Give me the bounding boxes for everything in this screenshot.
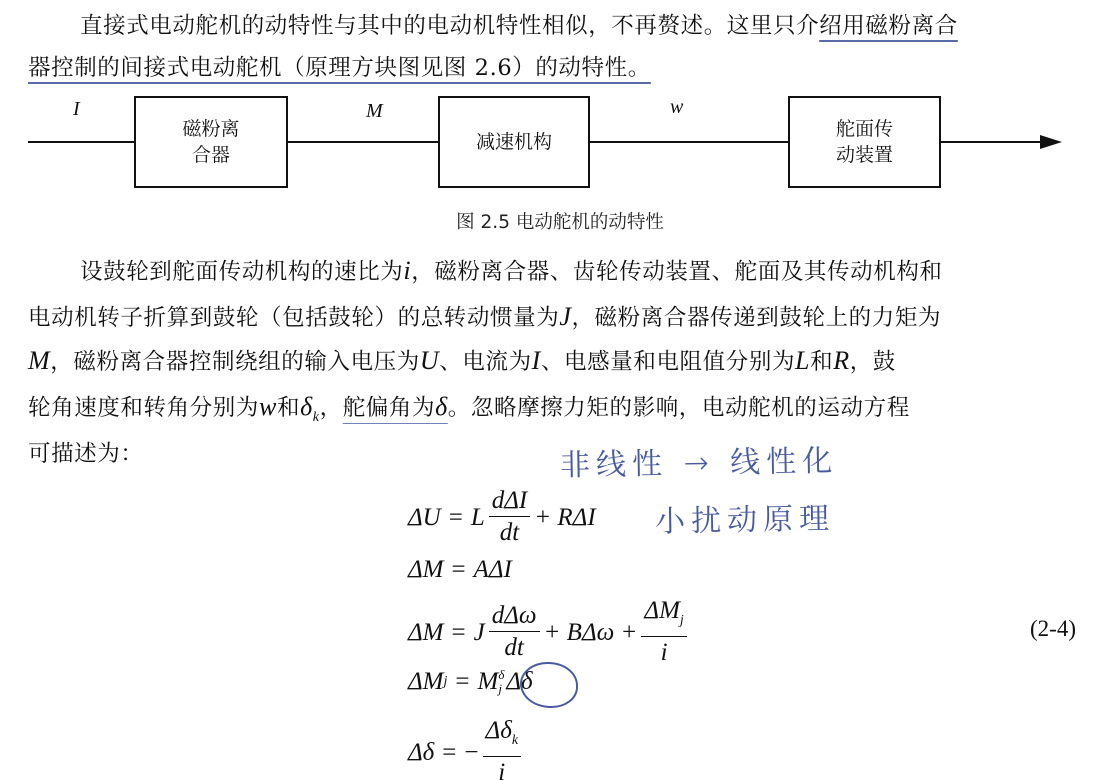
equation-1: ΔU = L dΔIdt + RΔI	[408, 488, 596, 547]
subscript: j	[498, 682, 504, 696]
eq-lhs: ΔM	[408, 619, 444, 647]
eq-term: L	[471, 504, 485, 532]
text: 设鼓轮到舵面传动机构的速比为	[80, 259, 403, 285]
equation-number: (2-4)	[1030, 616, 1076, 642]
numerator: Δδ	[486, 717, 512, 744]
equation-4: ΔMj = M δj Δδ	[408, 668, 533, 696]
paragraph-2-line-1: 设鼓轮到舵面传动机构的速比为i，磁粉离合器、齿轮传动装置、舵面及其传动机构和	[80, 254, 943, 286]
equation-3: ΔM = J dΔωdt + BΔω + ΔMji	[408, 598, 691, 667]
signal-label-m: M	[366, 100, 383, 123]
subscript: k	[512, 733, 518, 748]
paragraph-2-line-4: 轮角速度和转角分别为w和δk，舵偏角为δ。忽略摩擦力矩的影响，电动舵机的运动方程	[28, 390, 910, 426]
text: 直接式电动舵机的动特性与其中的电动机特性相似，不再赘述。这里只介	[80, 13, 819, 39]
var-j: J	[559, 302, 571, 331]
block-label: 舵面传	[836, 116, 893, 142]
underlined-text: 舵偏角为	[343, 395, 435, 421]
text: 。忽略摩擦力矩的影响，电动舵机的运动方程	[448, 395, 910, 421]
fraction: Δδki	[483, 718, 522, 780]
wire-output	[941, 141, 1041, 143]
eq-term: + BΔω +	[544, 619, 638, 647]
fraction: dΔIdt	[489, 488, 531, 547]
text: ，磁粉离合器、齿轮传动装置、舵面及其传动机构和	[411, 259, 942, 285]
underlined-text: 器控制的间接式电动舵机（原理方块图见图 2.6）的动特性。	[28, 55, 651, 81]
fraction: ΔMji	[641, 598, 686, 667]
denominator: i	[498, 757, 505, 780]
wire-m	[288, 141, 440, 143]
var-delta-k: δ	[300, 392, 313, 421]
block-label: 减速机构	[476, 129, 552, 155]
block-label: 合器	[182, 142, 239, 168]
var-w: w	[259, 392, 277, 421]
signal-label-i: I	[73, 98, 80, 121]
numerator: dΔω	[489, 603, 540, 632]
eq-lhs: ΔM	[408, 668, 444, 696]
paragraph-2-line-3: M，磁粉离合器控制绕组的输入电压为U、电流为I、电感量和电阻值分别为L和R，鼓	[28, 344, 896, 376]
block-reducer: 减速机构	[438, 96, 590, 188]
var-r: R	[833, 346, 849, 375]
figure-caption: 图 2.5 电动舵机的动特性	[0, 208, 1120, 234]
paragraph-2-line-2: 电动机转子折算到鼓轮（包括鼓轮）的总转动惯量为J，磁粉离合器传递到鼓轮上的力矩为	[28, 300, 941, 332]
subscript: j	[680, 613, 684, 628]
var-m: M	[28, 346, 50, 375]
denominator: i	[661, 637, 668, 667]
eq-term: M	[478, 668, 499, 696]
text: 、电流为	[439, 349, 531, 375]
block-label: 磁粉离	[182, 116, 239, 142]
output-arrow-icon	[1040, 135, 1062, 149]
text: 和	[810, 349, 833, 375]
text: 和	[277, 395, 300, 421]
wire-w	[590, 141, 790, 143]
text: 可描述为：	[28, 441, 144, 467]
eq-lhs: Δδ	[408, 739, 434, 767]
text: ，磁粉离合器传递到鼓轮上的力矩为	[571, 305, 941, 331]
paragraph-1-line-2: 器控制的间接式电动舵机（原理方块图见图 2.6）的动特性。	[28, 50, 651, 82]
wire-input	[28, 141, 136, 143]
eq-lhs: ΔM	[408, 556, 444, 584]
underlined-text: 绍用磁粉离合	[819, 13, 958, 39]
superscript: δ	[498, 668, 504, 682]
eq-term: J	[474, 619, 485, 647]
text: 轮角速度和转角分别为	[28, 395, 259, 421]
handwritten-note-linearization: 非线性 → 线性化	[560, 436, 839, 485]
text: 、电感量和电阻值分别为	[541, 349, 795, 375]
text: ，磁粉离合器控制绕组的输入电压为	[50, 349, 420, 375]
subscript: j	[444, 674, 448, 690]
text: ，鼓	[850, 349, 896, 375]
denominator: dt	[500, 517, 519, 547]
var-u: U	[420, 346, 439, 375]
var-l: L	[795, 346, 810, 375]
eq-rhs: AΔI	[474, 556, 512, 584]
equation-5: Δδ = − Δδki	[408, 718, 525, 780]
block-label: 动装置	[836, 142, 893, 168]
minus-sign: −	[464, 739, 478, 767]
signal-label-w: w	[670, 96, 683, 119]
numerator: ΔM	[644, 597, 680, 624]
paragraph-2-line-5: 可描述为：	[28, 436, 144, 468]
paragraph-1-line-1: 直接式电动舵机的动特性与其中的电动机特性相似，不再赘述。这里只介绍用磁粉离合	[80, 8, 958, 40]
eq-term: + RΔI	[534, 504, 595, 532]
block-magnetic-clutch: 磁粉离合器	[134, 96, 288, 188]
eq-lhs: ΔU	[408, 504, 441, 532]
block-control-surface-drive: 舵面传动装置	[788, 96, 941, 188]
text: 电动机转子折算到鼓轮（包括鼓轮）的总转动惯量为	[28, 305, 559, 331]
var-i-current: I	[532, 346, 541, 375]
text: ，	[320, 395, 343, 421]
var-delta: δ	[435, 392, 448, 421]
fraction: dΔωdt	[489, 603, 540, 662]
handwritten-note-small-perturbation: 小扰动原理	[655, 493, 836, 540]
equation-2: ΔM = AΔI	[408, 556, 512, 584]
numerator: dΔI	[489, 488, 531, 517]
denominator: dt	[504, 632, 523, 662]
block-diagram: I 磁粉离合器 M 减速机构 w 舵面传动装置	[0, 90, 1120, 200]
subscript: k	[313, 410, 320, 425]
handwritten-circle	[520, 662, 578, 708]
